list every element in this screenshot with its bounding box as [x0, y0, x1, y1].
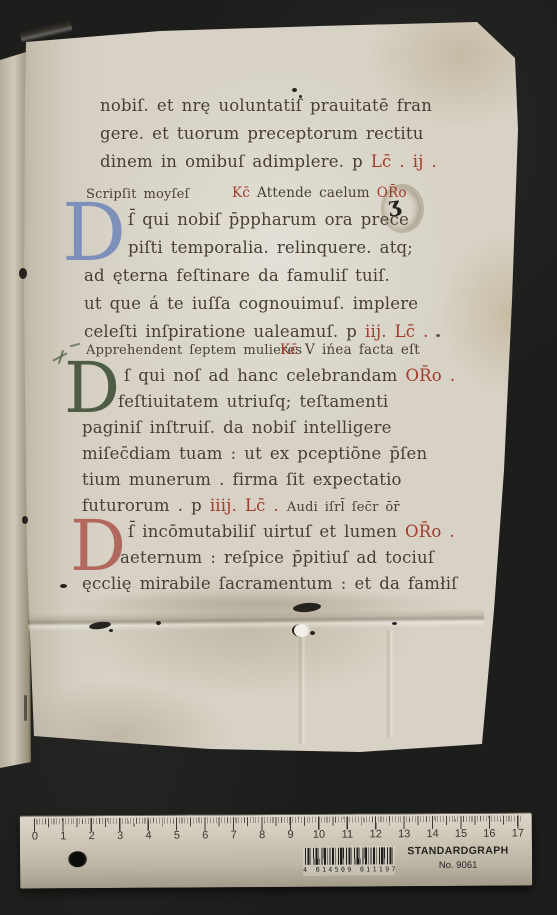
- barcode-digits: 4 014509 011197: [303, 865, 395, 874]
- rubric-segment: Kc̄: [280, 342, 305, 358]
- ink-speck: [436, 334, 440, 337]
- ink-segment: V ińea facta eſt: [305, 342, 420, 358]
- ink-segment: dinem in omibuſ adimplere. p: [100, 152, 371, 171]
- ruler-number: 8: [255, 829, 269, 841]
- initial-d-blue: D: [62, 200, 126, 266]
- text-line: feſtiuitatem utriuſq; teſtamenti: [118, 392, 388, 412]
- rubric-segment: iiij. Lc̄ .: [210, 496, 287, 515]
- ruler-number: 2: [85, 830, 99, 842]
- ink-speck: [310, 631, 315, 635]
- text-line: Kc̄ V ińea facta eſt: [280, 342, 420, 358]
- rubric-segment: OR̄o: [377, 185, 407, 201]
- ink-segment: miſec̄diam tuam : ut ex pceptiōne p̄ſen: [82, 444, 427, 463]
- text-line: Kc̄ Attende caelum OR̄o: [232, 185, 407, 201]
- ink-segment: paginiſ inſtruiſ. da nobiſ intelligere: [82, 418, 392, 437]
- rubric-segment: OR̄o .: [405, 522, 455, 541]
- ruler-scale-numbers: 0 1 2 3 4 5 6 7 8 9 10 11 12 13 14 15 16…: [28, 827, 525, 842]
- text-line: ſ̄ incōmutabiliſ uirtuſ et lumen OR̄o .: [128, 522, 455, 542]
- vertical-crease: [298, 632, 306, 744]
- text-line: futurorum . p iiij. Lc̄ . Audi iſrl̄ ſec…: [82, 496, 400, 516]
- gutter-shadow: [24, 695, 27, 721]
- text-line-marginal: Scripſit moyſeſ: [86, 187, 190, 203]
- barcode-bars: [305, 847, 393, 865]
- text-line: miſec̄diam tuam : ut ex pceptiōne p̄ſen: [82, 444, 427, 464]
- ink-segment: Scripſit moyſeſ: [86, 187, 190, 202]
- text-line: piſti temporalia. relinquere. atq;: [128, 238, 413, 258]
- ruler-number: 16: [482, 828, 496, 840]
- ink-segment: Attende caelum: [257, 185, 377, 201]
- text-line: nobiſ. et nrę uoluntatiſ prauitatē fran: [100, 96, 432, 116]
- text-line-marginal: Apprehendent ſeptem mulieres: [86, 343, 302, 359]
- ruler-brand-block: STANDARDGRAPH No. 9061: [394, 844, 522, 871]
- rubric-segment: OR̄o .: [405, 366, 455, 385]
- ink-segment: nobiſ. et nrę uoluntatiſ prauitatē fran: [100, 96, 432, 115]
- ruler-number: 12: [369, 828, 383, 840]
- text-line: tium munerum . firma ſit expectatio: [82, 470, 402, 490]
- ruler-number: 11: [340, 829, 354, 841]
- repair-patch: [292, 624, 310, 637]
- barcode: 4 014509 011197: [303, 846, 395, 876]
- text-line: ut que á te iuſſa cognouimuſ. implere: [84, 294, 418, 314]
- ruler-number: 15: [454, 828, 468, 840]
- ruler-hang-hole: [68, 851, 87, 867]
- text-line: ad ęterna feſtinare da famuliſ tuiſ.: [84, 266, 390, 286]
- ruler-number: 4: [141, 830, 155, 842]
- ink-speck: [60, 584, 67, 588]
- text-line: celeſti inſpiratione ualeamuſ. p iij. Lc…: [84, 322, 429, 342]
- text-line: ſ̄ qui nobiſ p̄ppharum ora prece: [128, 210, 409, 230]
- text-line: paginiſ inſtruiſ. da nobiſ intelligere: [82, 418, 392, 438]
- rubric-segment: Lc̄ . ij .: [371, 152, 437, 171]
- text-line: aeternum : reſpice p̄pitiuſ ad tociuſ: [120, 548, 434, 568]
- ink-segment-small: Audi iſrl̄ ſec̄r ōr̄: [287, 500, 400, 515]
- ink-speck: [156, 621, 161, 625]
- ink-segment: ad ęterna feſtinare da famuliſ tuiſ.: [84, 266, 390, 285]
- ink-speck: [292, 88, 297, 92]
- ink-segment: ſ̄ qui nobiſ p̄ppharum ora prece: [128, 210, 409, 229]
- initial-d-green: D: [64, 360, 120, 417]
- ruler-number: 10: [312, 829, 326, 841]
- ruler: 0 1 2 3 4 5 6 7 8 9 10 11 12 13 14 15 16…: [20, 812, 532, 888]
- text-line: dinem in omibuſ adimplere. p Lc̄ . ij .: [100, 152, 437, 172]
- ruler-model: No. 9061: [394, 859, 522, 871]
- text-line: ęcclię mirabile ſacramentum : et da famł…: [82, 574, 458, 594]
- ink-segment: piſti temporalia. relinquere. atq;: [128, 238, 413, 257]
- ink-segment: futurorum . p: [82, 496, 210, 515]
- rubric-segment: iij. Lc̄ .: [365, 322, 429, 341]
- rubric-segment: Kc̄: [232, 185, 257, 201]
- initial-d-red: D: [70, 518, 126, 575]
- ruler-number: 17: [511, 827, 525, 839]
- text-line: gere. et tuorum preceptorum rectitu: [100, 124, 424, 144]
- ink-segment: ęcclię mirabile ſacramentum : et da famł…: [82, 574, 458, 593]
- ink-speck: [392, 622, 397, 625]
- text-line: ſ qui noſ ad hanc celebrandam OR̄o .: [124, 366, 455, 386]
- ink-segment: ſ̄ incōmutabiliſ uirtuſ et lumen: [128, 522, 405, 541]
- ink-segment: aeternum : reſpice p̄pitiuſ ad tociuſ: [120, 548, 434, 567]
- ink-segment: ſ qui noſ ad hanc celebrandam: [124, 366, 405, 385]
- ink-segment: tium munerum . firma ſit expectatio: [82, 470, 402, 489]
- ruler-number: 9: [284, 829, 298, 841]
- gutter-hole: [22, 516, 28, 524]
- manuscript-photograph: ʒ D D D nobiſ. et nrę uoluntatiſ prauita…: [0, 0, 557, 915]
- ruler-number: 7: [227, 829, 241, 841]
- ink-segment: feſtiuitatem utriuſq; teſtamenti: [118, 392, 388, 411]
- ink-segment: gere. et tuorum preceptorum rectitu: [100, 124, 424, 143]
- ruler-ticks: [34, 816, 521, 819]
- gutter-hole: [19, 268, 27, 279]
- ruler-number: 13: [397, 828, 411, 840]
- ruler-number: 14: [426, 828, 440, 840]
- ruler-brand: STANDARDGRAPH: [394, 844, 522, 857]
- ruler-number: 3: [113, 830, 127, 842]
- ruler-number: 5: [170, 830, 184, 842]
- ruler-number: 6: [198, 829, 212, 841]
- ink-segment: celeſti inſpiratione ualeamuſ. p: [84, 322, 365, 341]
- ink-segment: Apprehendent ſeptem mulieres: [86, 343, 302, 358]
- ruler-number: 1: [56, 830, 70, 842]
- ink-speck: [109, 629, 113, 632]
- ink-segment: ut que á te iuſſa cognouimuſ. implere: [84, 294, 418, 313]
- ruler-number: 0: [28, 830, 42, 842]
- vertical-crease: [386, 630, 394, 738]
